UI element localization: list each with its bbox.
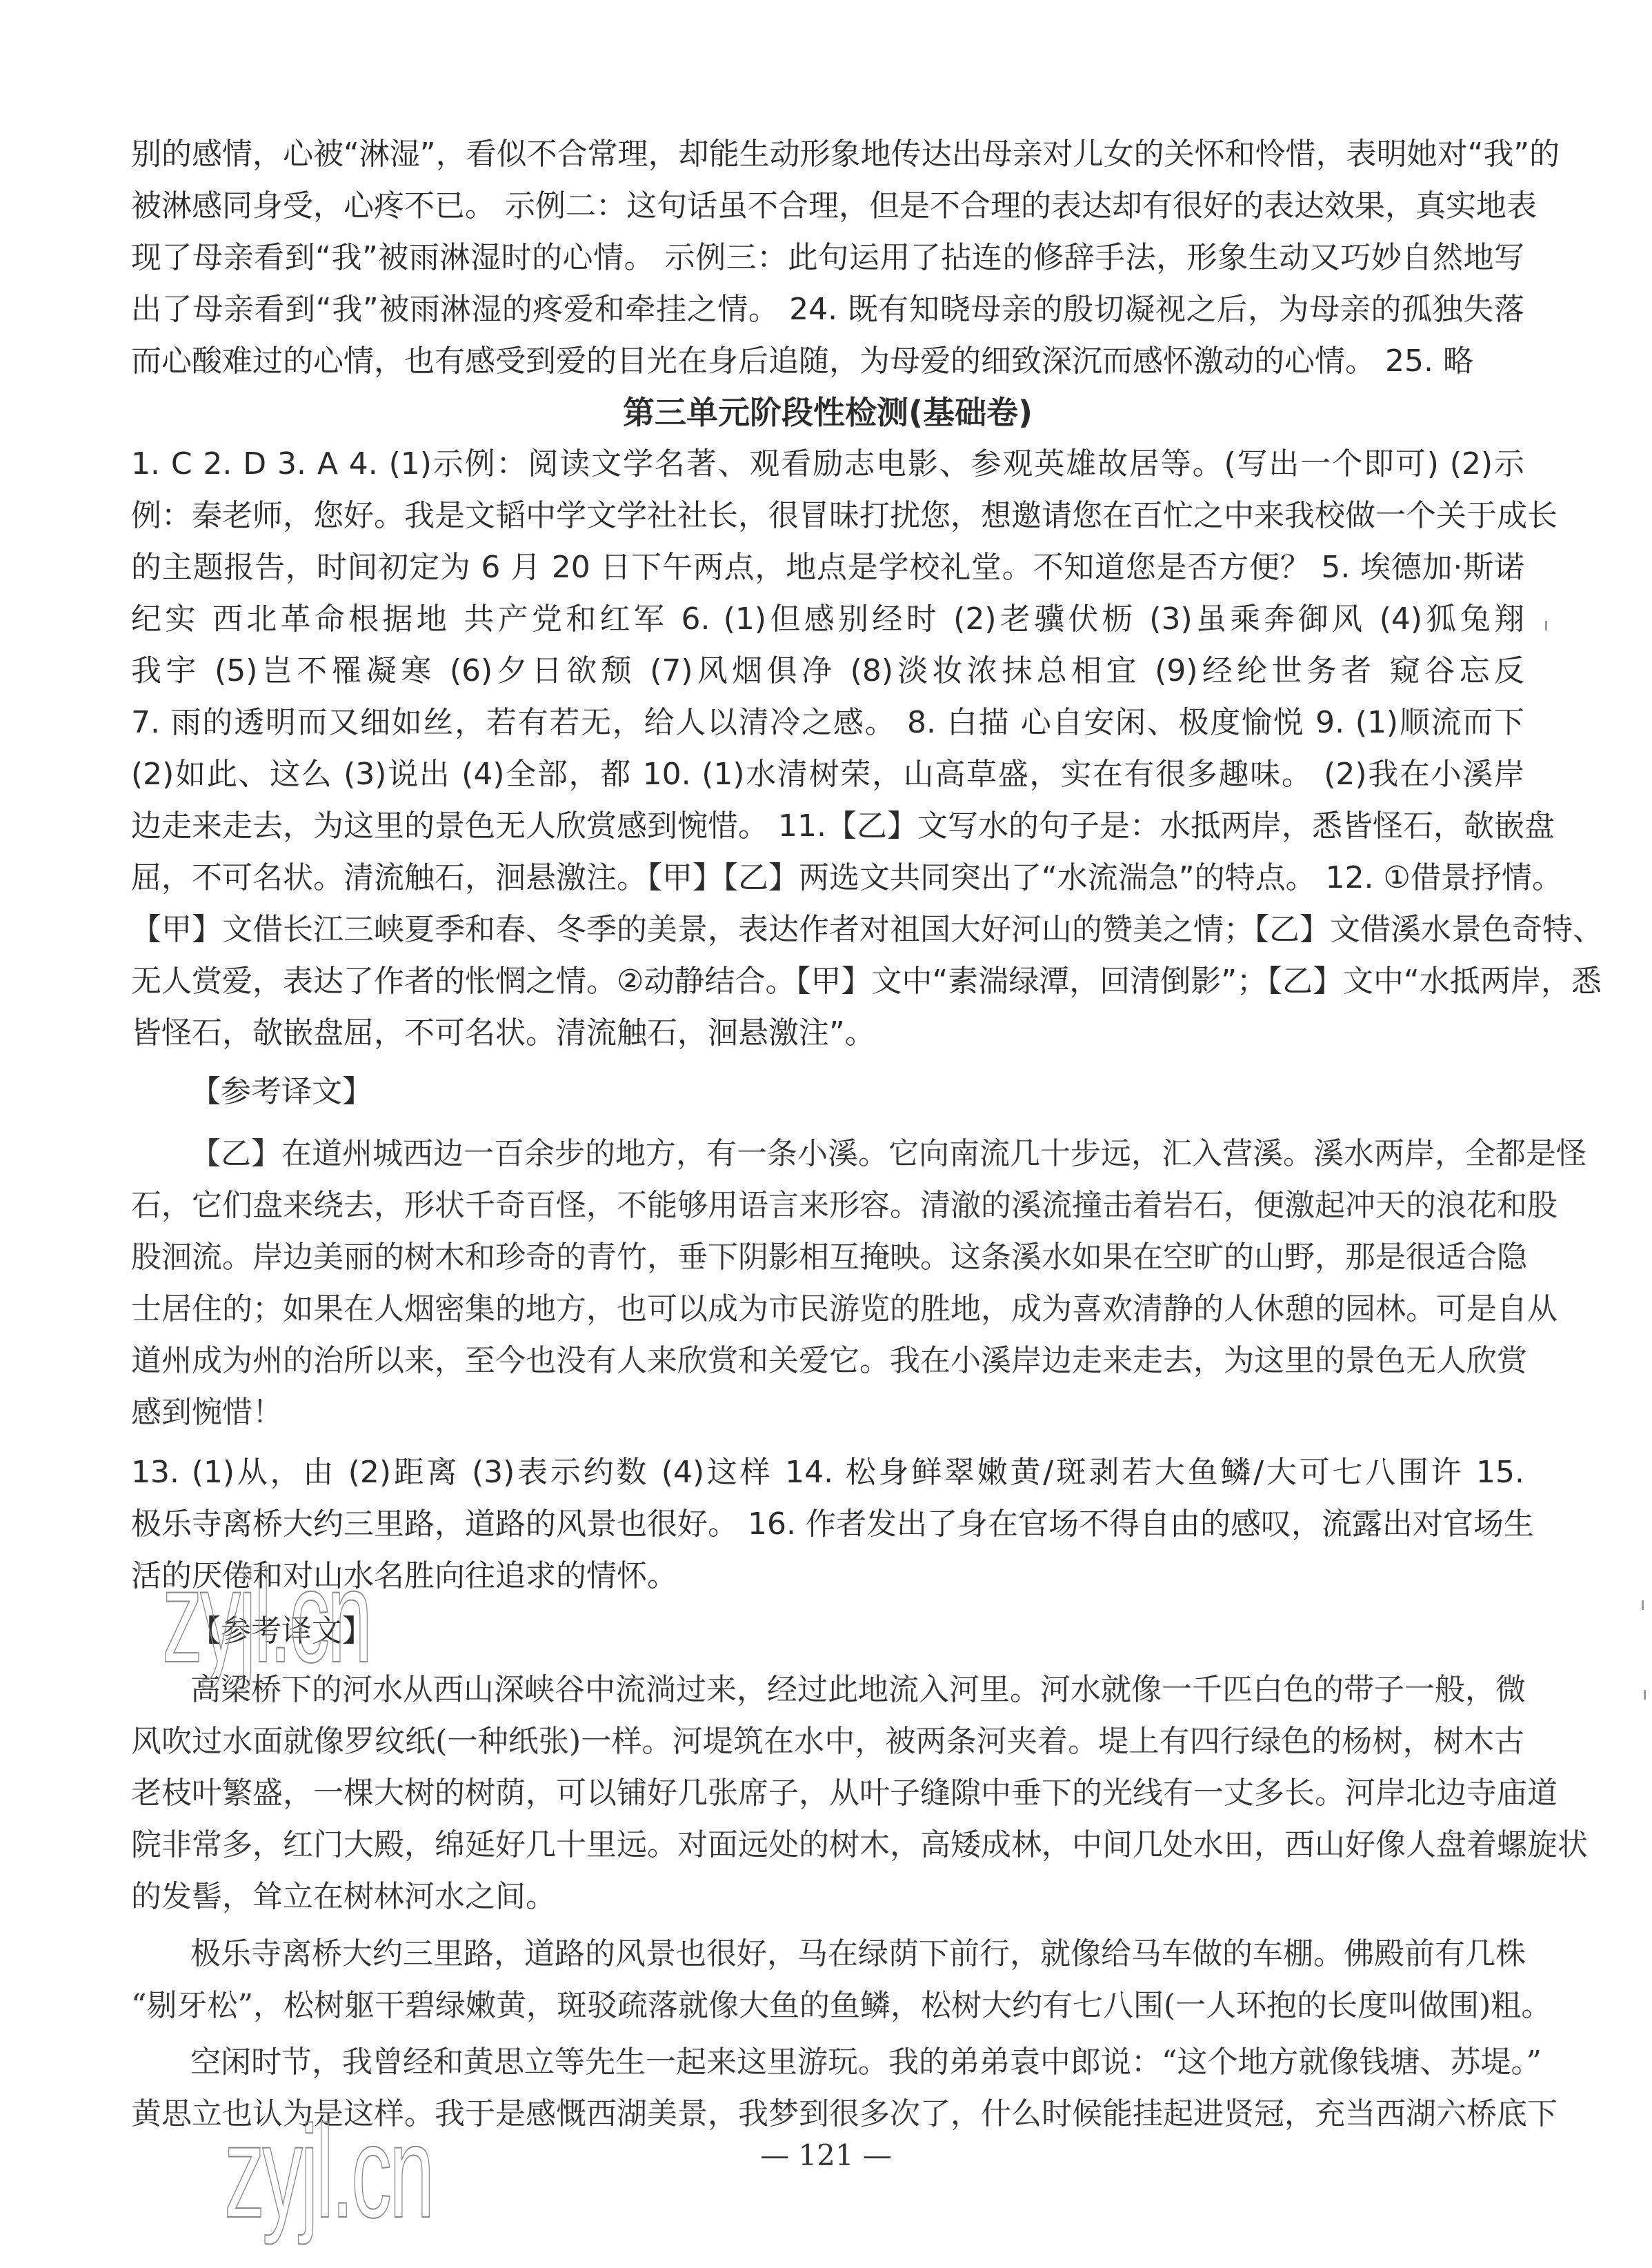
scan-speck (1642, 1600, 1644, 1610)
scan-speck (138, 1562, 140, 1572)
answer-line: 纪实 西北革命根据地 共产党和红军 6. (1)但感别经时 (2)老骥伏枥 (3… (131, 599, 1524, 640)
section-title: 第三单元阶段性检测(基础卷) (131, 392, 1524, 433)
translation-line: 高梁桥下的河水从西山深峡谷中流淌过来，经过此地流入河里。河水就像一千匹白色的带子… (190, 1669, 1524, 1711)
text-line: 别的感情，心被“淋湿”，看似不合常理，却能生动形象地传达出母亲对儿女的关怀和怜惜… (131, 134, 1524, 175)
translation-line: 道州成为州的治所以来，至今也没有人来欣赏和关爱它。我在小溪岸边走来走去，为这里的… (131, 1340, 1524, 1382)
text-line: 被淋感同身受，心疼不已。 示例二：这句话虽不合理，但是不合理的表达却有很好的表达… (131, 186, 1524, 227)
text-line: 现了母亲看到“我”被雨淋湿时的心情。 示例三：此句运用了拈连的修辞手法，形象生动… (131, 237, 1524, 279)
translation-line: 的发髻，耸立在树林河水之间。 (131, 1876, 1524, 1918)
text-line: 而心酸难过的心情，也有感受到爱的目光在身后追随，为母爱的细致深沉而感怀激动的心情… (131, 341, 1524, 382)
translation-line: “剔牙松”，松树躯干碧绿嫩黄，斑驳疏落就像大鱼的鱼鳞，松树大约有七八围(一人环抱… (131, 1985, 1524, 2027)
translation-line: 【乙】在道州城西边一百余步的地方，有一条小溪。它向南流几十步远，汇入营溪。溪水两… (190, 1133, 1524, 1175)
translation-line: 极乐寺离桥大约三里路，道路的风景也很好，马在绿荫下前行，就像给马车做的车棚。佛殿… (190, 1933, 1524, 1975)
answer-line: 【甲】文借长江三峡夏季和春、冬季的美景，表达作者对祖国大好河山的赞美之情；【乙】… (131, 909, 1524, 951)
answer-line: 例：秦老师，您好。我是文韬中学文学社社长，很冒昧打扰您，想邀请您在百忙之中来我校… (131, 495, 1524, 537)
answer-line: 7. 雨的透明而又细如丝，若有若无，给人以清冷之感。 8. 白描 心自安闲、极度… (131, 702, 1524, 744)
answer-line: 13. (1)从，由 (2)距离 (3)表示约数 (4)这样 14. 松身鲜翠嫩… (131, 1452, 1524, 1493)
translation-line: 感到惋惜！ (131, 1392, 1524, 1433)
scan-speck (1644, 1690, 1646, 1700)
translation-line: 老枝叶繁盛，一棵大树的树荫，可以铺好几张席子，从叶子缝隙中垂下的光线有一丈多长。… (131, 1773, 1524, 1814)
watermark: zyjl.cn (224, 2097, 432, 2247)
answer-line: 皆怪石，欹嵌盘屈，不可名状。清流触石，洄悬激注”。 (131, 1013, 1524, 1054)
translation-line: 风吹过水面就像罗纹纸(一种纸张)一样。河堤筑在水中，被两条河夹着。堤上有四行绿色… (131, 1721, 1524, 1762)
translation-line: 股洄流。岸边美丽的树木和珍奇的青竹，垂下阴影相互掩映。这条溪水如果在空旷的山野，… (131, 1237, 1524, 1278)
answer-line: (2)如此、这么 (3)说出 (4)全部，都 10. (1)水清树荣，山高草盛，… (131, 754, 1524, 795)
translation-line: 空闲时节，我曾经和黄思立等先生一起来这里游玩。我的弟弟袁中郎说：“这个地方就像钱… (190, 2042, 1524, 2083)
text-line: 出了母亲看到“我”被雨淋湿的疼爱和牵挂之情。 24. 既有知晓母亲的殷切凝视之后… (131, 289, 1524, 330)
answer-line: 1. C 2. D 3. A 4. (1)示例：阅读文学名著、观看励志电影、参观… (131, 444, 1524, 485)
reference-translation-heading: 【参考译文】 (190, 1071, 372, 1113)
answer-line: 我宇 (5)岂不罹凝寒 (6)夕日欲颓 (7)风烟俱净 (8)淡妆浓抹总相宜 (… (131, 650, 1524, 692)
scan-speck (1545, 621, 1547, 630)
answer-line: 边走来走去，为这里的景色无人欣赏感到惋惜。 11.【乙】文写水的句子是：水抵两岸… (131, 806, 1524, 847)
answer-line: 的主题报告，时间初定为 6 月 20 日下午两点，地点是学校礼堂。不知道您是否方… (131, 547, 1524, 588)
translation-line: 院非常多，红门大殿，绵延好几十里远。对面远处的树木，高矮成林，中间几处水田，西山… (131, 1824, 1524, 1866)
translation-line: 石，它们盘来绕去，形状千奇百怪，不能够用语言来形容。清澈的溪流撞击着岩石，便激起… (131, 1185, 1524, 1226)
answer-line: 极乐寺离桥大约三里路，道路的风景也很好。 16. 作者发出了身在官场不得自由的感… (131, 1504, 1524, 1545)
translation-line: 士居住的；如果在人烟密集的地方，也可以成为市民游览的胜地，成为喜欢清静的人休憩的… (131, 1289, 1524, 1330)
answer-line: 屈，不可名状。清流触石，洄悬激注。【甲】【乙】两选文共同突出了“水流湍急”的特点… (131, 857, 1524, 899)
watermark: zyjl.cn (162, 1542, 370, 1692)
answer-line: 无人赏爱，表达了作者的怅惘之情。②动静结合。【甲】文中“素湍绿潭，回清倒影”；【… (131, 961, 1524, 1002)
